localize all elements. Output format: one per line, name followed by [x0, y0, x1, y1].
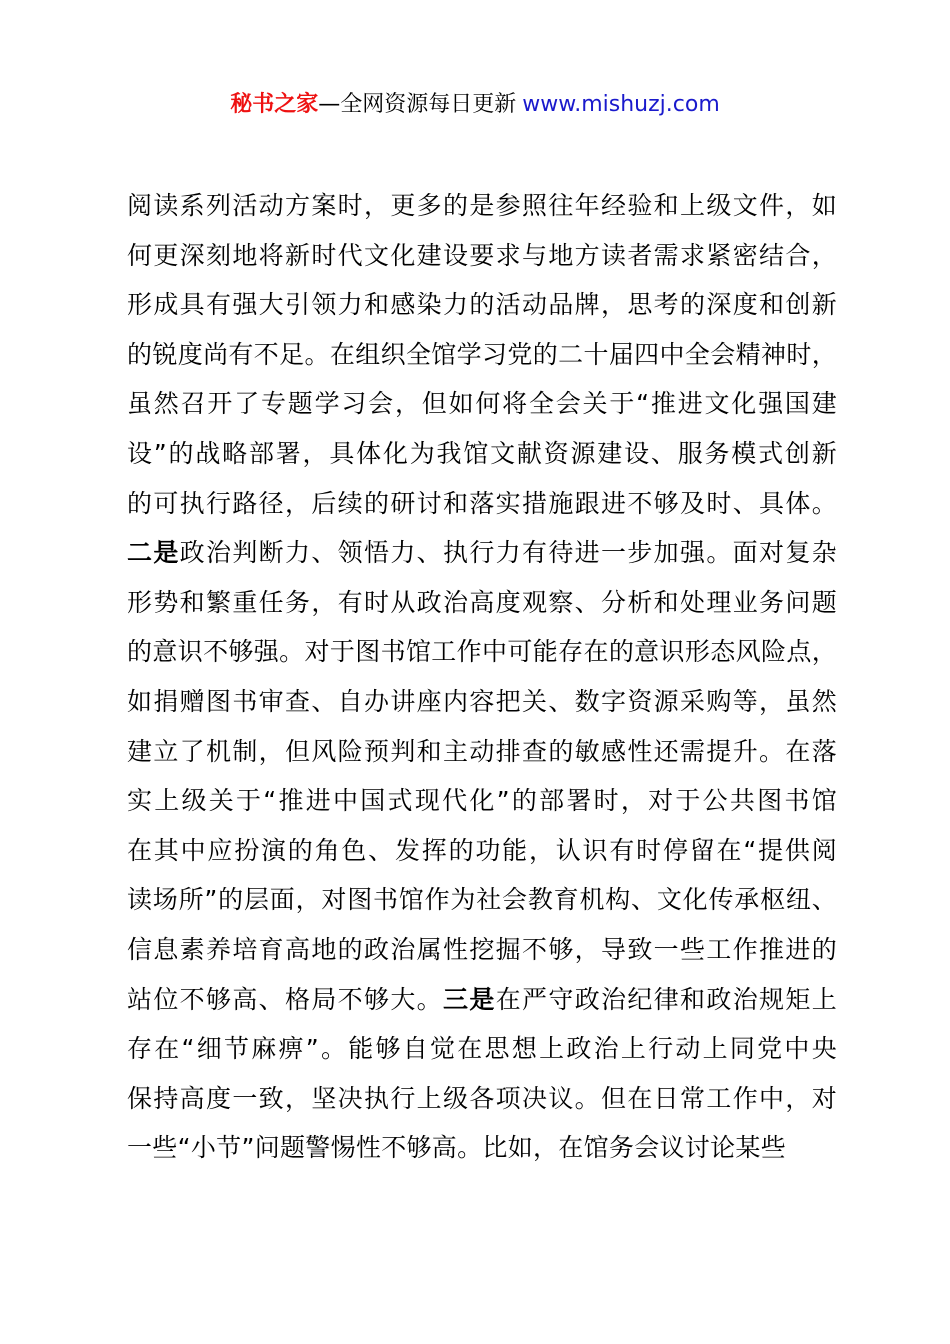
text-segment: 如捐赠图书审查、自办讲座内容把关、数字资源采购等，虽然 — [127, 687, 837, 716]
text-segment: 读场所”的层面，对图书馆作为社会教育机构、文化传承枢纽、 — [127, 885, 837, 914]
text-line: 形势和繁重任务，有时从政治高度观察、分析和处理业务问题 — [127, 578, 837, 628]
text-segment: 形成具有强大引领力和感染力的活动品牌，思考的深度和创新 — [127, 290, 837, 319]
site-url-link[interactable]: www.mishuzj.com — [522, 92, 719, 117]
text-line: 如捐赠图书审查、自办讲座内容把关、数字资源采购等，虽然 — [127, 677, 837, 727]
text-line: 一些“小节”问题警惕性不够高。比如，在馆务会议讨论某些 — [127, 1123, 837, 1173]
text-line: 保持高度一致，坚决执行上级各项决议。但在日常工作中，对 — [127, 1074, 837, 1124]
text-line: 信息素养培育高地的政治属性挖掘不够，导致一些工作推进的 — [127, 925, 837, 975]
text-segment: 在严守政治纪律和政治规矩上 — [496, 985, 837, 1014]
text-line: 的可执行路径，后续的研讨和落实措施跟进不够及时、具体。 — [127, 479, 837, 529]
brand-name: 秘书之家 — [230, 92, 318, 117]
text-segment: 存在“细节麻痹”。能够自觉在思想上政治上行动上同党中央 — [127, 1034, 837, 1063]
text-segment: 阅读系列活动方案时，更多的是参照往年经验和上级文件，如 — [127, 191, 837, 220]
text-segment: 实上级关于“推进中国式现代化”的部署时，对于公共图书馆 — [127, 786, 837, 815]
text-segment: 的可执行路径，后续的研讨和落实措施跟进不够及时、具体。 — [127, 489, 837, 518]
text-segment: 在其中应扮演的角色、发挥的功能，认识有时停留在“提供阅 — [127, 836, 837, 865]
document-body: 阅读系列活动方案时，更多的是参照往年经验和上级文件，如何更深刻地将新时代文化建设… — [127, 181, 837, 1173]
text-line: 的意识不够强。对于图书馆工作中可能存在的意识形态风险点， — [127, 627, 837, 677]
text-line: 虽然召开了专题学习会，但如何将全会关于“推进文化强国建 — [127, 379, 837, 429]
bold-lead-phrase: 二是 — [127, 538, 180, 567]
text-line: 实上级关于“推进中国式现代化”的部署时，对于公共图书馆 — [127, 776, 837, 826]
text-line: 形成具有强大引领力和感染力的活动品牌，思考的深度和创新 — [127, 280, 837, 330]
text-segment: 一些“小节”问题警惕性不够高。比如，在馆务会议讨论某些 — [127, 1133, 786, 1162]
bold-lead-phrase: 三是 — [443, 985, 496, 1014]
text-segment: 站位不够高、格局不够大。 — [127, 985, 443, 1014]
text-segment: 政治判断力、领悟力、执行力有待进一步加强。面对复杂 — [180, 538, 837, 567]
text-segment: 的锐度尚有不足。在组织全馆学习党的二十届四中全会精神时， — [127, 340, 837, 369]
text-segment: 形势和繁重任务，有时从政治高度观察、分析和处理业务问题 — [127, 588, 837, 617]
text-line: 在其中应扮演的角色、发挥的功能，认识有时停留在“提供阅 — [127, 826, 837, 876]
text-segment: 何更深刻地将新时代文化建设要求与地方读者需求紧密结合， — [127, 241, 837, 270]
text-segment: 设”的战略部署，具体化为我馆文献资源建设、服务模式创新 — [127, 439, 837, 468]
text-line: 二是政治判断力、领悟力、执行力有待进一步加强。面对复杂 — [127, 528, 837, 578]
text-line: 何更深刻地将新时代文化建设要求与地方读者需求紧密结合， — [127, 231, 837, 281]
text-line: 存在“细节麻痹”。能够自觉在思想上政治上行动上同党中央 — [127, 1024, 837, 1074]
text-line: 建立了机制，但风险预判和主动排查的敏感性还需提升。在落 — [127, 727, 837, 777]
text-segment: 虽然召开了专题学习会，但如何将全会关于“推进文化强国建 — [127, 389, 837, 418]
text-line: 设”的战略部署，具体化为我馆文献资源建设、服务模式创新 — [127, 429, 837, 479]
text-line: 站位不够高、格局不够大。三是在严守政治纪律和政治规矩上 — [127, 975, 837, 1025]
text-segment: 的意识不够强。对于图书馆工作中可能存在的意识形态风险点， — [127, 637, 837, 666]
text-line: 的锐度尚有不足。在组织全馆学习党的二十届四中全会精神时， — [127, 330, 837, 380]
site-header: 秘书之家—全网资源每日更新www.mishuzj.com — [0, 88, 950, 122]
text-segment: 保持高度一致，坚决执行上级各项决议。但在日常工作中，对 — [127, 1084, 837, 1113]
text-segment: 建立了机制，但风险预判和主动排查的敏感性还需提升。在落 — [127, 737, 837, 766]
text-line: 读场所”的层面，对图书馆作为社会教育机构、文化传承枢纽、 — [127, 875, 837, 925]
text-segment: 信息素养培育高地的政治属性挖掘不够，导致一些工作推进的 — [127, 935, 837, 964]
text-line: 阅读系列活动方案时，更多的是参照往年经验和上级文件，如 — [127, 181, 837, 231]
header-tagline: —全网资源每日更新 — [318, 92, 516, 117]
